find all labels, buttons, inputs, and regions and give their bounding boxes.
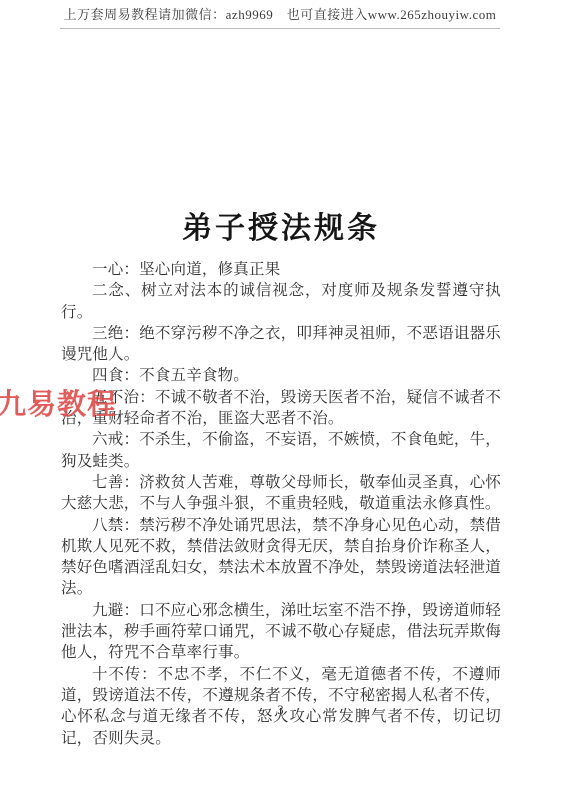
paragraph-rule-5: 五不治：不诚不敬者不治，毁谤天医者不治，疑信不诚者不治，重财轻命者不治，匪盗大恶… xyxy=(61,387,501,430)
paragraph-rule-3: 三绝：绝不穿污秽不净之衣，叩拜神灵祖师，不恶语诅器乐谩咒他人。 xyxy=(61,323,501,366)
page-number: 3 xyxy=(0,703,561,718)
paragraph-rule-4: 四食：不食五辛食物。 xyxy=(61,365,501,386)
paragraph-rule-2: 二念、树立对法本的诚信视念，对度师及规条发誓遵守执行。 xyxy=(61,280,501,323)
paragraph-rule-7: 七善：济救贫人苦难，尊敬父母师长，敬奉仙灵圣真，心怀大慈大悲，不与人争强斗狠，不… xyxy=(61,472,501,515)
red-watermark: 九易教程 xyxy=(0,382,117,423)
page-title: 弟子授法规条 xyxy=(61,203,501,247)
paragraph-rule-9: 九避：口不应心邪念横生，涕吐坛室不浩不挣，毁谤道师轻泄法本，秽手画符荤口诵咒，不… xyxy=(61,600,501,664)
scanned-page: 上万套周易教程请加微信：azh9969 也可直接进入www.265zhouyiw… xyxy=(0,0,561,794)
document-body: 弟子授法规条 一心：坚心向道，修真正果 二念、树立对法本的诚信视念，对度师及规条… xyxy=(61,203,501,749)
paragraph-rule-8: 八禁：禁污秽不净处诵咒思法，禁不净身心见色心动，禁借机欺人见死不救，禁借法敛财贪… xyxy=(61,515,501,600)
paragraph-rule-1: 一心：坚心向道，修真正果 xyxy=(61,259,501,280)
promo-header: 上万套周易教程请加微信：azh9969 也可直接进入www.265zhouyiw… xyxy=(60,4,500,29)
paragraph-rule-6: 六戒：不杀生，不偷盗，不妄语，不嫉愤，不食龟蛇，牛，狗及蛙类。 xyxy=(61,429,501,472)
